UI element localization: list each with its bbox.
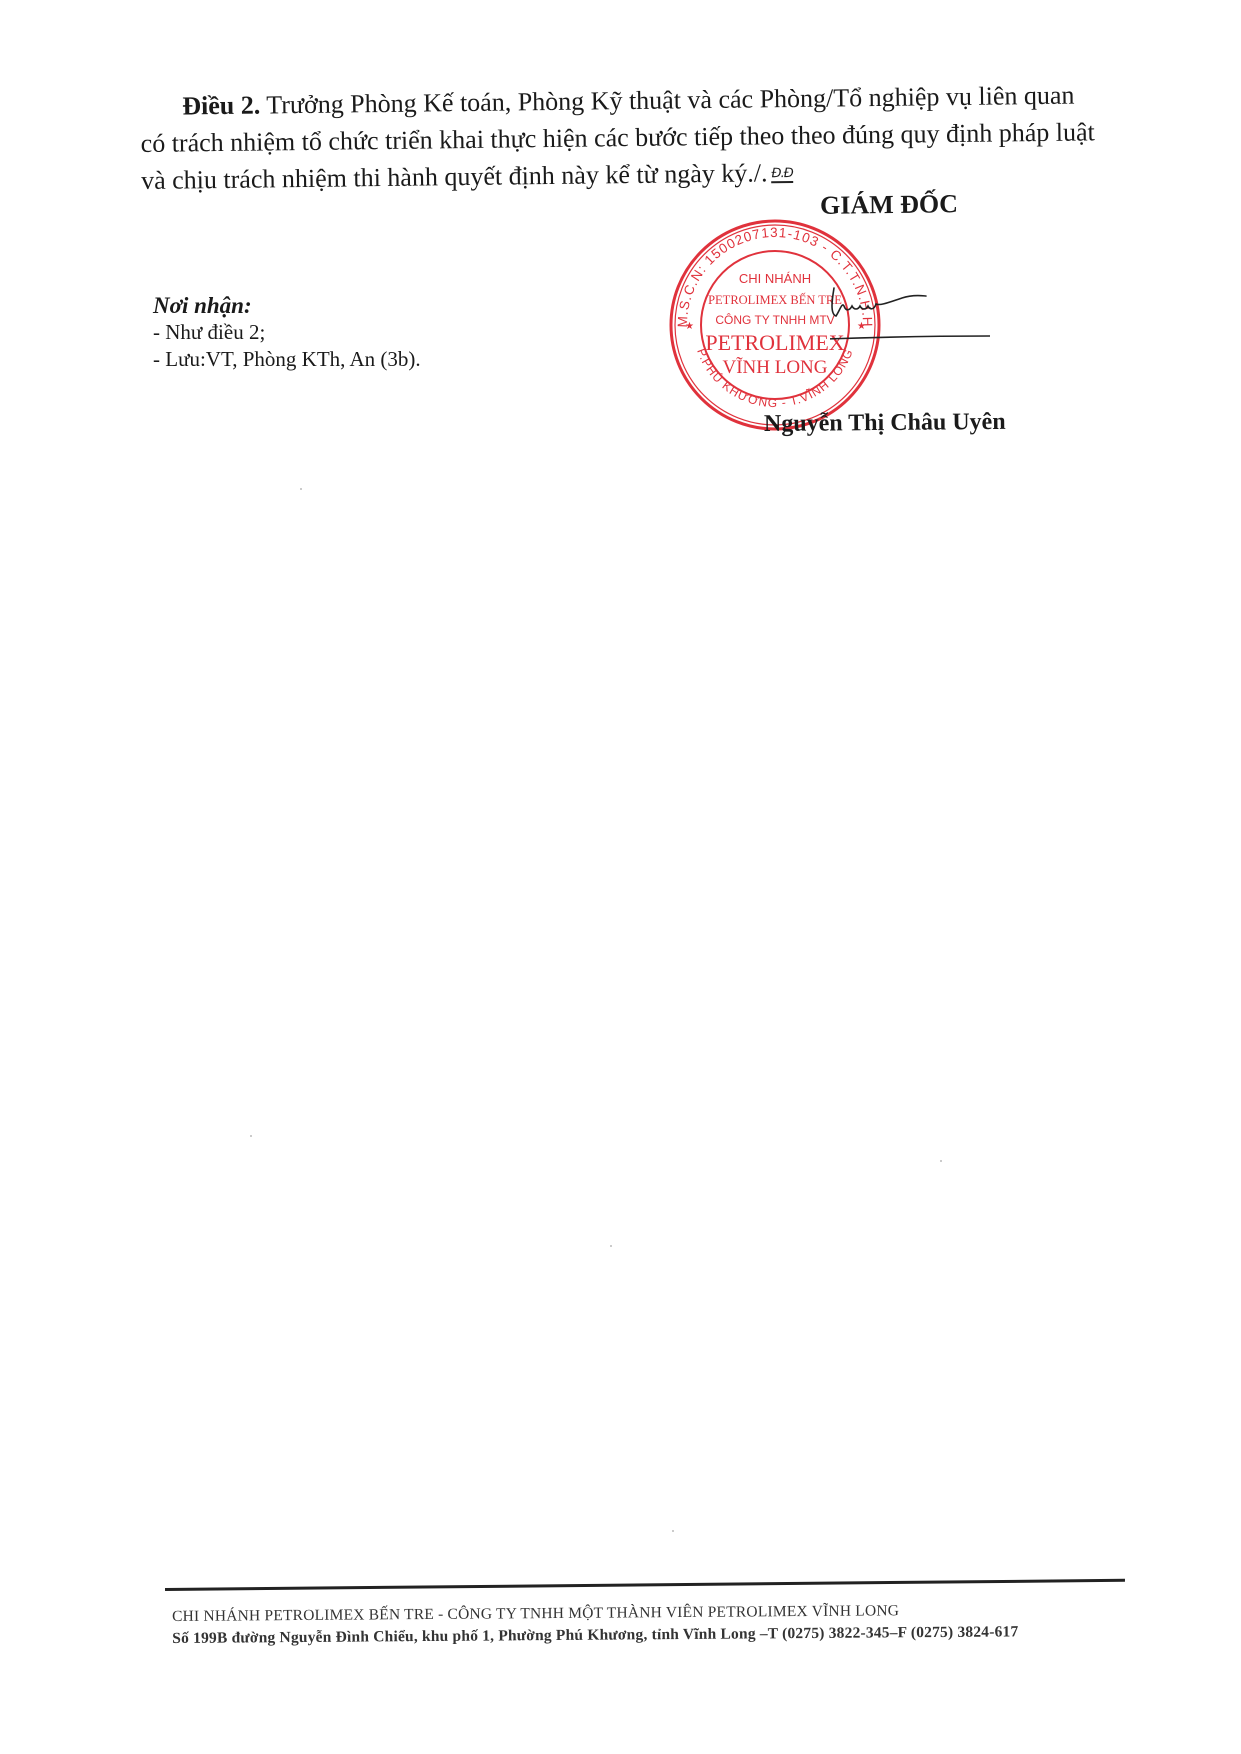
recipient-item: - Như điều 2; [153, 319, 421, 346]
scan-speck [672, 1530, 674, 1532]
handwritten-signature-icon [830, 280, 990, 350]
stamp-ring-bottom: P.PHÚ KHƯƠNG - T.VĨNH LONG [694, 346, 856, 410]
svg-text:P.PHÚ KHƯƠNG - T.VĨNH LONG: P.PHÚ KHƯƠNG - T.VĨNH LONG [694, 346, 856, 410]
scan-speck [300, 488, 302, 490]
recipients-block: Nơi nhận: - Như điều 2; - Lưu:VT, Phòng … [153, 292, 421, 373]
letterhead-footer: CHI NHÁNH PETROLIMEX BẾN TRE - CÔNG TY T… [172, 1599, 1019, 1650]
stamp-line-4: PETROLIMEX [705, 330, 844, 355]
recipient-item: - Lưu:VT, Phòng KTh, An (3b). [153, 346, 421, 373]
stamp-line-3: CÔNG TY TNHH MTV [715, 312, 834, 327]
stamp-line-2: PETROLIMEX BẾN TRE [708, 292, 842, 307]
scan-speck [610, 1245, 612, 1247]
scan-speck [940, 1160, 942, 1162]
stamp-line-1: CHI NHÁNH [739, 271, 811, 286]
scan-speck [250, 1135, 252, 1137]
initials-mark: Đ.Đ [771, 167, 792, 183]
article-label: Điều 2. [182, 91, 260, 121]
footer-divider [165, 1579, 1125, 1591]
article-2: Điều 2. Trưởng Phòng Kế toán, Phòng Kỹ t… [140, 76, 1121, 199]
signer-name: Nguyễn Thị Châu Uyên [764, 409, 1006, 438]
stamp-line-5: VĨNH LONG [722, 356, 827, 378]
svg-text:★: ★ [685, 321, 694, 332]
recipients-heading: Nơi nhận: [153, 292, 421, 319]
document-page: Điều 2. Trưởng Phòng Kế toán, Phòng Kỹ t… [0, 0, 1241, 1754]
